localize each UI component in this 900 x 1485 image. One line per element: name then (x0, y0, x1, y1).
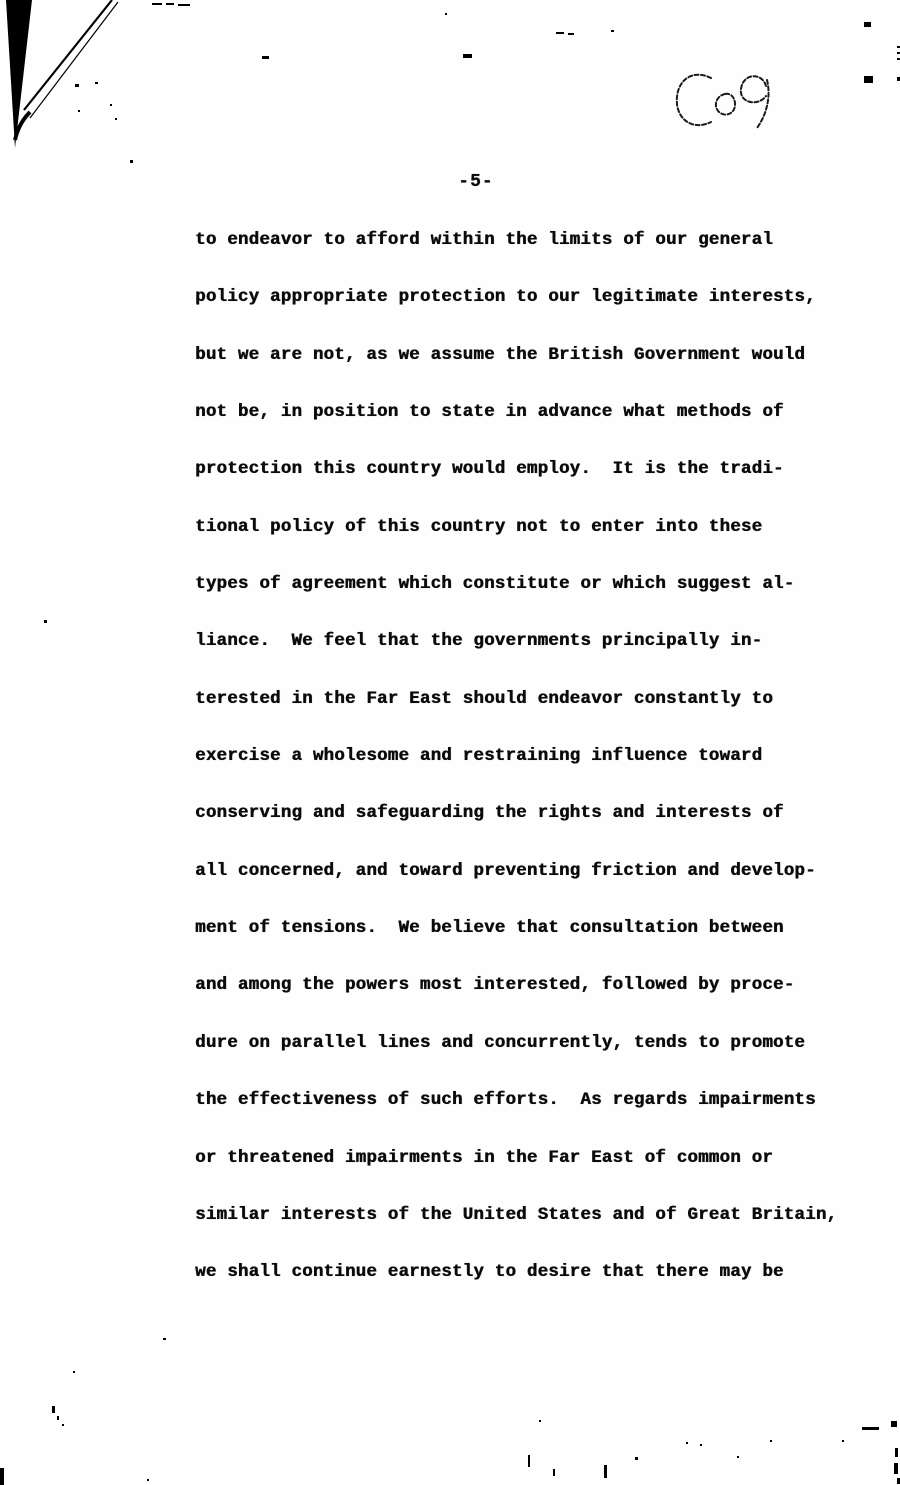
scan-specks-overlay (0, 0, 900, 1485)
scanned-document-page: -5- to endeavor to afford within the lim… (0, 0, 900, 1485)
